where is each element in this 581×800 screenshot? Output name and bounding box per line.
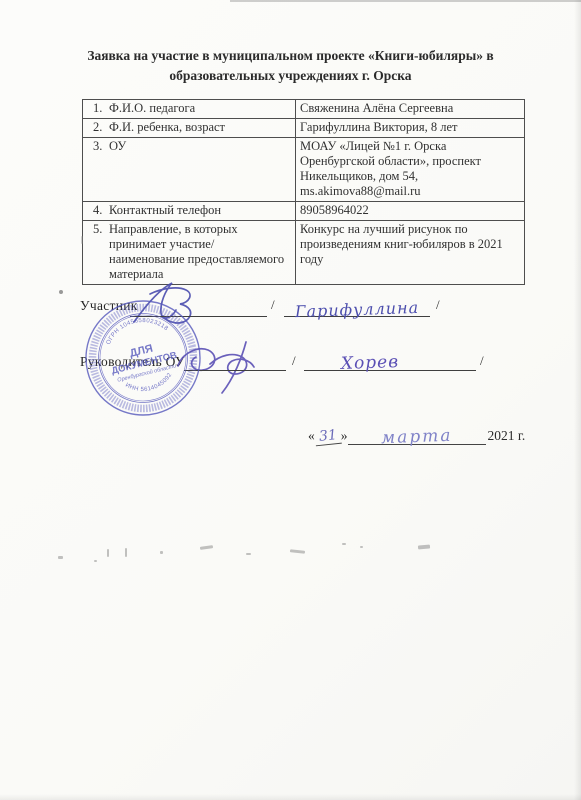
document-title-line1: Заявка на участие в муниципальном проект… bbox=[55, 46, 526, 66]
separator-slash: / bbox=[480, 353, 484, 369]
separator-slash: / bbox=[292, 353, 296, 369]
scan-speck bbox=[59, 290, 63, 294]
application-table: 1. Ф.И.О. педагога Свяженина Алёна Серге… bbox=[82, 99, 525, 285]
table-row: 1. Ф.И.О. педагога Свяженина Алёна Серге… bbox=[83, 100, 525, 119]
row-label: Ф.И. ребенка, возраст bbox=[109, 120, 291, 135]
participant-name-line: Гарифуллина bbox=[284, 294, 430, 317]
scan-edge-right bbox=[574, 0, 581, 800]
row-number: 2. bbox=[87, 120, 109, 135]
date-line: «31»марта2021 г. bbox=[308, 424, 525, 445]
date-day-handwritten: 31 bbox=[314, 427, 342, 447]
quote-close: » bbox=[341, 428, 348, 443]
row-number: 1. bbox=[87, 101, 109, 116]
table-row: 2. Ф.И. ребенка, возраст Гарифуллина Вик… bbox=[83, 119, 525, 138]
row-label: Контактный телефон bbox=[109, 203, 291, 218]
row-value: МОАУ «Лицей №1 г. Орска Оренбургской обл… bbox=[296, 138, 525, 202]
participant-name-handwritten: Гарифуллина bbox=[284, 297, 431, 321]
table-row: 4. Контактный телефон 89058964022 bbox=[83, 202, 525, 221]
row-label: ОУ bbox=[109, 139, 291, 154]
table-row: 3. ОУ МОАУ «Лицей №1 г. Орска Оренбургск… bbox=[83, 138, 525, 202]
row-number: 5. bbox=[87, 222, 109, 282]
row-value: Свяженина Алёна Сергеевна bbox=[296, 100, 525, 119]
scan-edge-top bbox=[230, 0, 581, 2]
document-title: Заявка на участие в муниципальном проект… bbox=[55, 46, 526, 86]
table-row: 5. Направление, в которых принимает учас… bbox=[83, 221, 525, 285]
row-label: Ф.И.О. педагога bbox=[109, 101, 291, 116]
scan-speck bbox=[81, 236, 83, 244]
date-month-line: марта bbox=[348, 424, 486, 445]
row-number: 3. bbox=[87, 139, 109, 154]
row-label: Направление, в которых принимает участие… bbox=[109, 222, 291, 282]
scanned-application-page: Заявка на участие в муниципальном проект… bbox=[0, 0, 581, 800]
document-title-line2: образовательных учреждениях г. Орска bbox=[55, 66, 526, 86]
row-value: Конкурс на лучший рисунок по произведени… bbox=[296, 221, 525, 285]
row-value: Гарифуллина Виктория, 8 лет bbox=[296, 119, 525, 138]
row-number: 4. bbox=[87, 203, 109, 218]
head-name-line: Хорев bbox=[304, 348, 476, 371]
scan-edge-bottom bbox=[0, 794, 581, 800]
row-value: 89058964022 bbox=[296, 202, 525, 221]
separator-slash: / bbox=[436, 297, 440, 313]
date-year: 2021 г. bbox=[488, 428, 526, 443]
date-month-handwritten: марта bbox=[381, 426, 453, 448]
separator-slash: / bbox=[271, 297, 275, 313]
head-name-handwritten: Хорев bbox=[304, 351, 437, 376]
